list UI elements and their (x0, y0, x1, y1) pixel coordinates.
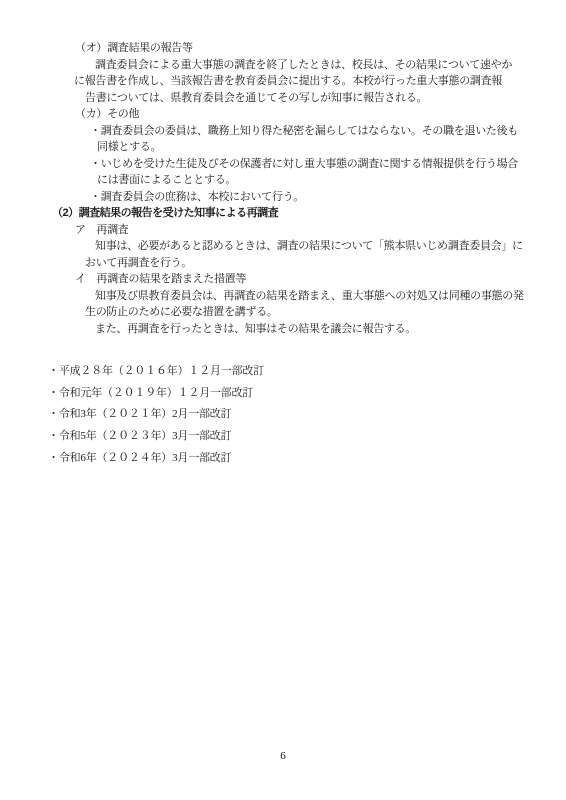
paragraph-line: 知事及び県教育委員会は、再調査の結果を踏まえ、重大事態への対処又は同種の事態の発 (0, 288, 566, 305)
section-heading-2: （2）調査結果の報告を受けた知事による再調査 (0, 205, 566, 222)
revision-item: ・令和6年（２０２４年）3月一部改訂 (48, 448, 264, 470)
page-number: 6 (0, 750, 566, 762)
paragraph-line: 調査委員会による重大事態の調査を終了したときは、校長は、その結果について速やか (0, 57, 566, 74)
bullet-continuation-line: 同様とする。 (0, 139, 566, 156)
subitem-heading-i: イ 再調査の結果を踏まえた措置等 (0, 271, 566, 288)
document-page: （オ）調査結果の報告等 調査委員会による重大事態の調査を終了したときは、校長は、… (0, 0, 566, 800)
paragraph-line: 生の防止のために必要な措置を講ずる。 (0, 304, 566, 321)
revision-item: ・令和5年（２０２３年）3月一部改訂 (48, 426, 264, 448)
paragraph-line: 知事は、必要があると認めるときは、調査の結果について「熊本県いじめ調査委員会」に (0, 238, 566, 255)
subitem-heading-a: ア 再調査 (0, 222, 566, 239)
revision-item: ・令和3年（２０２１年）2月一部改訂 (48, 404, 264, 426)
revision-history-list: ・平成２８年（２０１６年）１２月一部改訂 ・令和元年（２０１９年）１２月一部改訂… (48, 361, 264, 470)
paragraph-line: 告書については、県教育委員会を通じてその写しが知事に報告される。 (0, 90, 566, 107)
bullet-line: ・いじめを受けた生徒及びその保護者に対し重大事態の調査に関する情報提供を行う場合 (0, 156, 566, 173)
bullet-line: ・調査委員会の庶務は、本校において行う。 (0, 189, 566, 206)
bullet-continuation-line: には書面によることとする。 (0, 172, 566, 189)
revision-item: ・平成２８年（２０１６年）１２月一部改訂 (48, 361, 264, 383)
subitem-heading-o: （オ）調査結果の報告等 (0, 40, 566, 57)
paragraph-line: おいて再調査を行う。 (0, 255, 566, 272)
paragraph-line: に報告書を作成し、当該報告書を教育委員会に提出する。本校が行った重大事態の調査報 (0, 73, 566, 90)
main-text-block: （オ）調査結果の報告等 調査委員会による重大事態の調査を終了したときは、校長は、… (0, 40, 566, 337)
bullet-line: ・調査委員会の委員は、職務上知り得た秘密を漏らしてはならない。その職を退いた後も (0, 123, 566, 140)
paragraph-line: また、再調査を行ったときは、知事はその結果を議会に報告する。 (0, 321, 566, 338)
revision-item: ・令和元年（２０１９年）１２月一部改訂 (48, 383, 264, 405)
subitem-heading-ka: （カ）その他 (0, 106, 566, 123)
